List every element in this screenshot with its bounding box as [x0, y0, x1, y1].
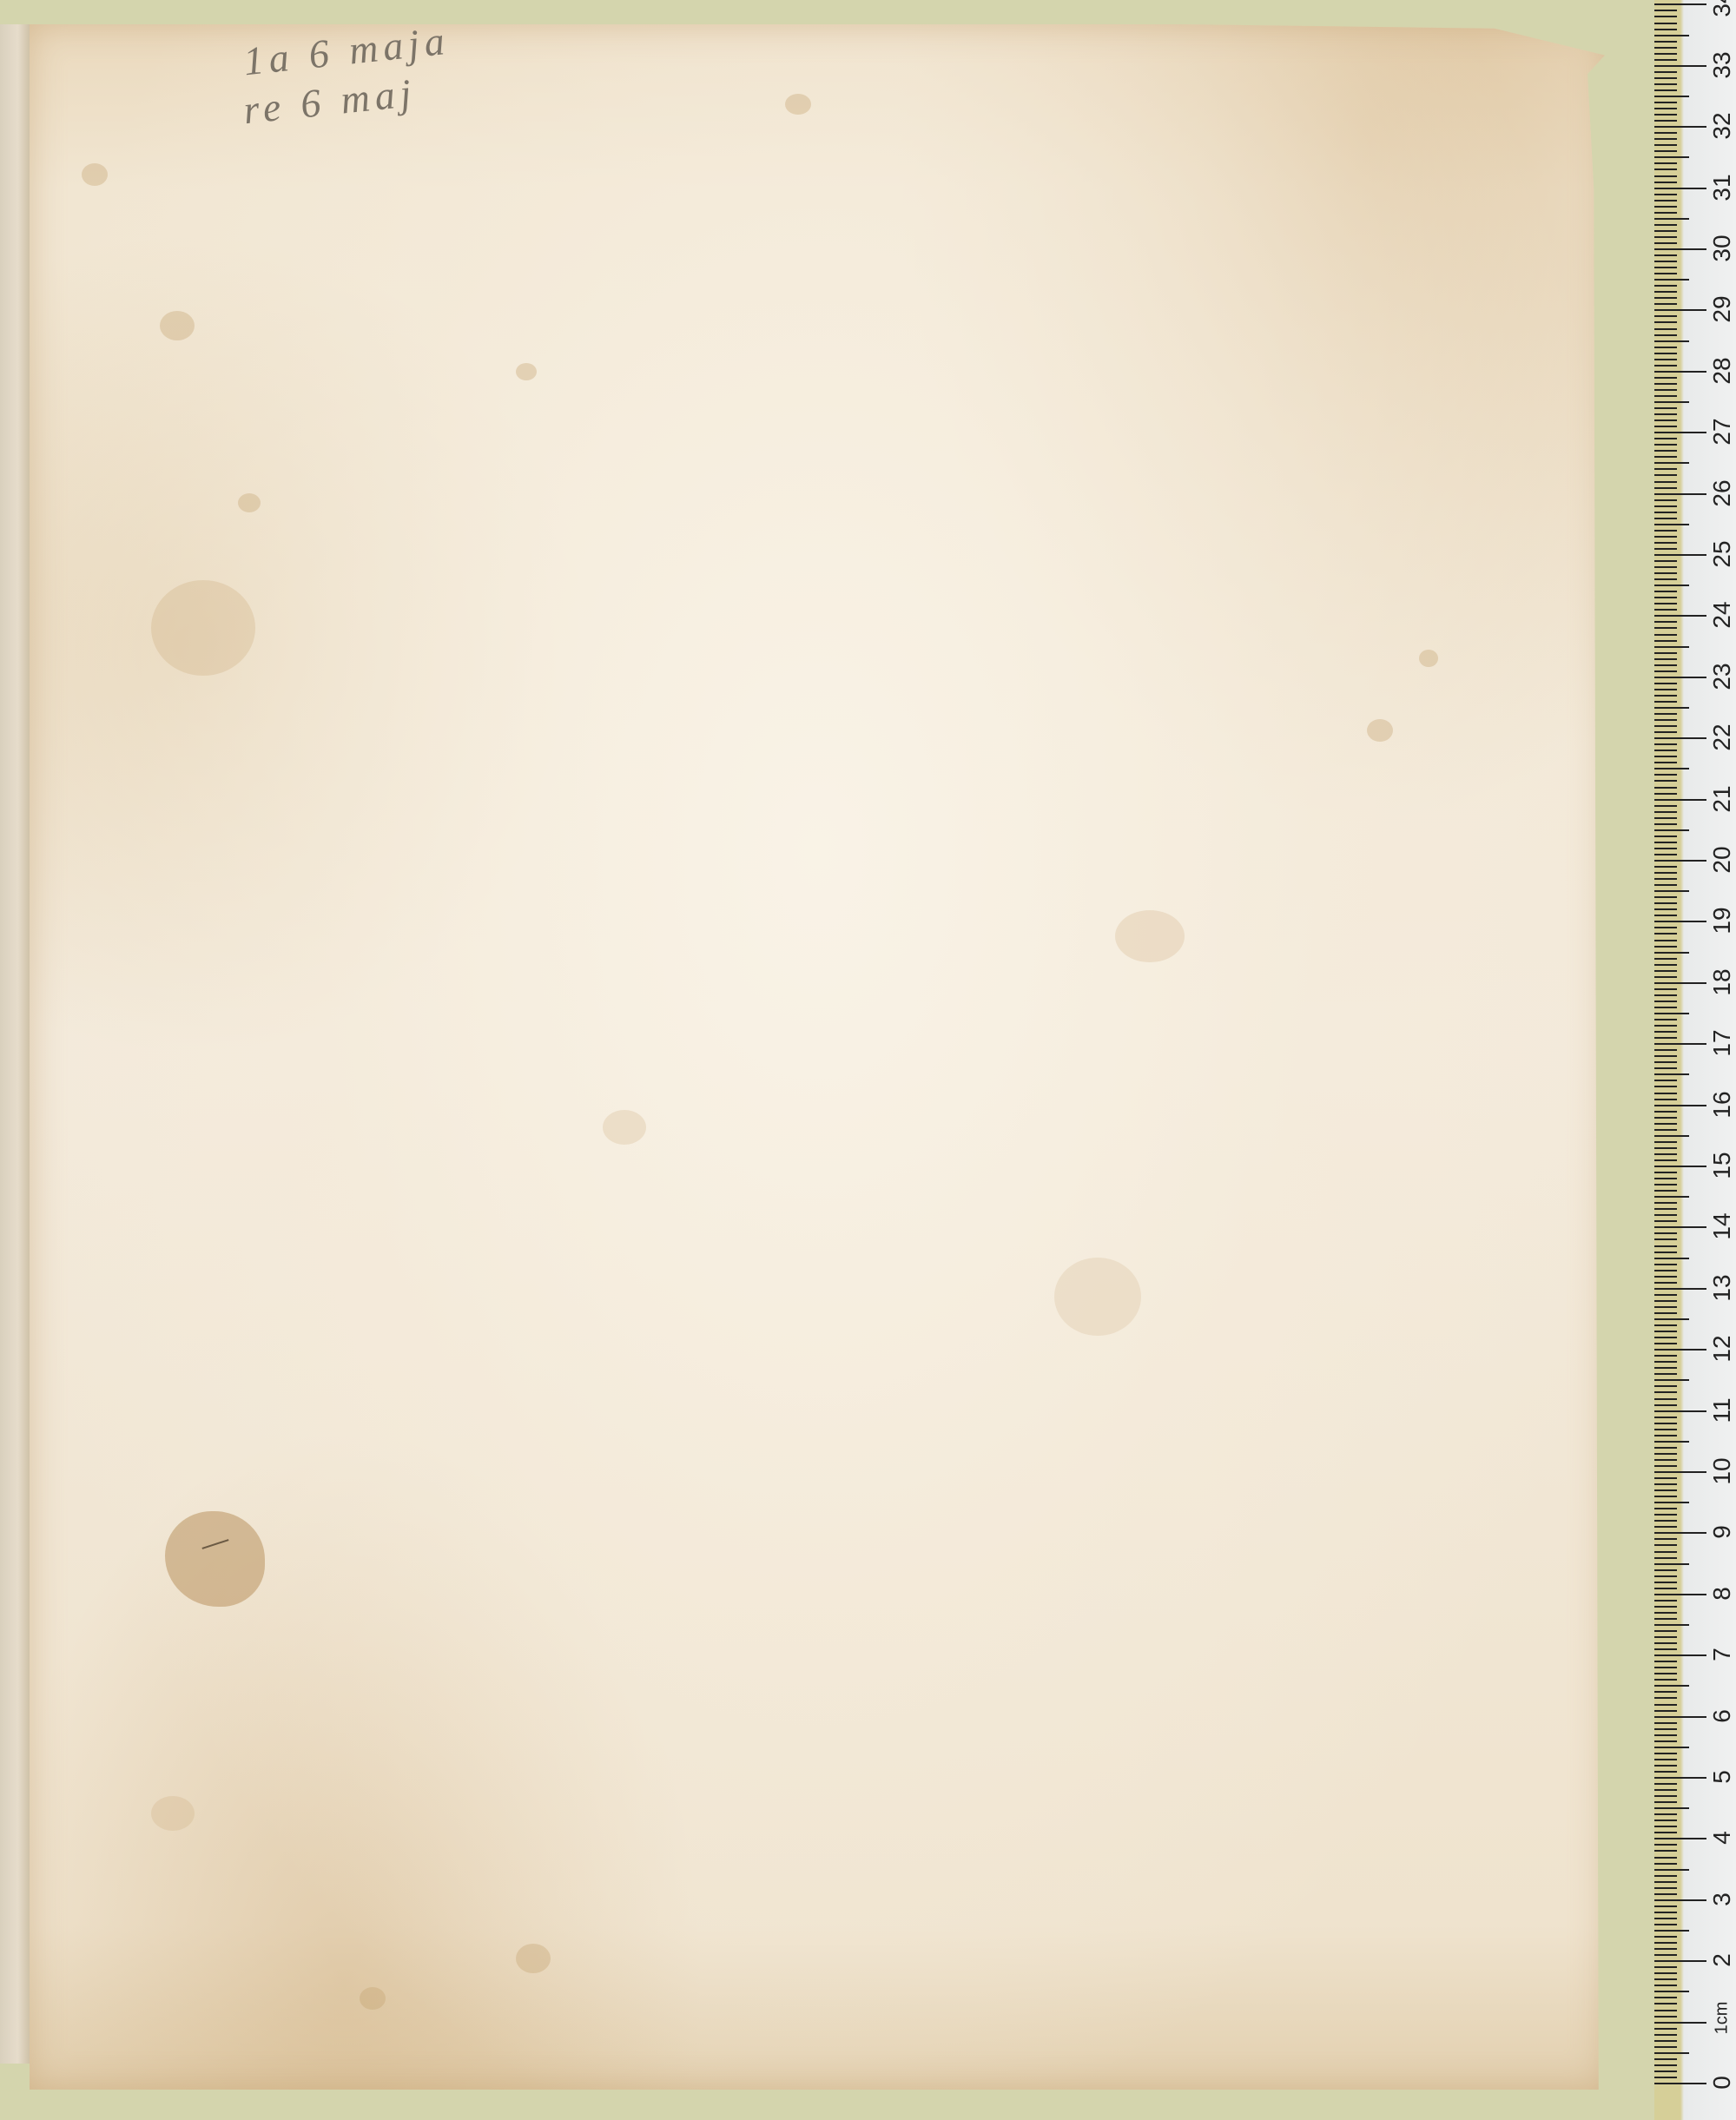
ruler-tick: [1654, 780, 1677, 782]
ruler-tick: [1654, 1863, 1677, 1865]
ruler-tick: [1654, 248, 1706, 250]
ruler-tick: [1654, 1850, 1677, 1852]
ruler-label: 27: [1708, 414, 1736, 449]
ruler-tick: [1654, 1398, 1677, 1400]
ruler-tick: [1654, 1697, 1677, 1699]
ruler-tick: [1654, 1410, 1706, 1412]
ruler-tick: [1654, 419, 1677, 421]
ruler-label: 2: [1708, 1943, 1736, 1978]
ruler-tick: [1654, 548, 1677, 550]
ruler-tick: [1654, 1391, 1677, 1393]
ruler-tick: [1654, 126, 1706, 128]
ruler-tick: [1654, 144, 1677, 146]
ruler-tick: [1654, 1385, 1677, 1387]
ruler-tick: [1654, 2064, 1677, 2066]
ruler-tick: [1654, 578, 1677, 580]
ruler-label: 28: [1708, 353, 1736, 388]
ruler-tick: [1654, 707, 1689, 709]
ruler-tick: [1654, 77, 1677, 79]
ruler-tick: [1654, 96, 1689, 97]
ruler-tick: [1654, 1930, 1689, 1932]
ruler-tick: [1654, 321, 1677, 323]
ruler-tick: [1654, 1031, 1677, 1033]
ruler-tick: [1654, 1661, 1677, 1662]
ruler-tick: [1654, 1159, 1677, 1161]
ruler-label: 16: [1708, 1087, 1736, 1122]
ruler-tick: [1654, 1667, 1677, 1668]
ruler-tick: [1654, 1704, 1677, 1706]
ruler-tick: [1654, 890, 1689, 892]
ruler-tick: [1654, 1575, 1677, 1577]
ruler-tick: [1654, 1905, 1677, 1907]
ruler-tick: [1654, 1331, 1677, 1332]
ruler-tick: [1654, 1190, 1677, 1192]
ruler-tick: [1654, 200, 1677, 201]
ruler-tick: [1654, 1429, 1677, 1430]
ruler-tick: [1654, 2016, 1677, 2018]
ruler-tick: [1654, 1166, 1706, 1167]
ruler-tick: [1654, 1551, 1677, 1553]
ruler-tick: [1654, 1728, 1677, 1730]
ruler-label: 21: [1708, 782, 1736, 816]
ruler-tick: [1654, 1306, 1677, 1308]
ruler-tick: [1654, 689, 1677, 690]
ruler-tick: [1654, 1832, 1677, 1833]
ruler-tick: [1654, 731, 1677, 733]
ruler-tick: [1654, 774, 1677, 776]
ruler-tick: [1654, 1594, 1706, 1595]
ruler-tick: [1654, 182, 1677, 183]
foxing-spot: [603, 1110, 646, 1145]
ruler-tick: [1654, 1013, 1689, 1014]
ruler-tick: [1654, 670, 1677, 672]
ruler-tick: [1654, 273, 1677, 274]
foxing-spot: [1367, 719, 1393, 742]
ruler-tick: [1654, 1624, 1689, 1626]
ruler-tick: [1654, 285, 1677, 287]
ruler-tick: [1654, 1355, 1677, 1357]
ruler-tick: [1654, 829, 1689, 831]
ruler-tick: [1654, 1753, 1677, 1754]
ruler-tick: [1654, 1141, 1677, 1143]
ruler-tick: [1654, 371, 1706, 373]
ruler-label: 1cm: [1713, 2000, 1733, 2035]
ruler-tick: [1654, 1073, 1689, 1075]
ruler-tick: [1654, 407, 1677, 409]
ruler-tick: [1654, 835, 1677, 837]
ruler-tick: [1654, 1019, 1677, 1020]
ruler-tick: [1654, 1447, 1677, 1449]
ruler-tick: [1654, 762, 1677, 763]
ruler-tick: [1654, 1483, 1677, 1485]
ruler-tick: [1654, 1648, 1677, 1650]
ruler-tick: [1654, 65, 1706, 67]
ruler-tick: [1654, 854, 1677, 855]
ruler-tick: [1654, 811, 1677, 813]
ruler-tick: [1654, 334, 1677, 336]
ruler-tick: [1654, 1985, 1677, 1986]
ruler-tick: [1654, 1037, 1677, 1039]
ruler-tick: [1654, 1226, 1706, 1228]
ruler-tick: [1654, 236, 1677, 238]
ruler-tick: [1654, 291, 1677, 293]
ruler-tick: [1654, 1312, 1677, 1314]
ruler-tick: [1654, 1111, 1677, 1113]
ruler-tick: [1654, 1685, 1689, 1687]
ruler-tick: [1654, 328, 1677, 330]
ruler-tick: [1654, 156, 1689, 158]
foxing-spot: [1115, 910, 1185, 962]
ruler-tick: [1654, 1049, 1677, 1051]
ruler-tick: [1654, 71, 1677, 73]
ruler-label: 25: [1708, 537, 1736, 571]
ruler-tick: [1654, 353, 1677, 354]
ruler-tick: [1654, 695, 1677, 697]
ruler-tick: [1654, 1857, 1677, 1859]
ruler-tick: [1654, 1789, 1677, 1791]
foxing-spot: [360, 1987, 386, 2010]
ruler-tick: [1654, 1612, 1677, 1614]
ruler-tick: [1654, 395, 1677, 397]
ruler-tick: [1654, 1582, 1677, 1583]
ruler-tick: [1654, 1912, 1677, 1913]
ruler-tick: [1654, 2046, 1677, 2048]
ruler-tick: [1654, 474, 1677, 476]
ruler-tick: [1654, 481, 1677, 483]
ruler-tick: [1654, 1129, 1677, 1131]
ruler-tick: [1654, 664, 1677, 666]
ruler-label: 8: [1708, 1576, 1736, 1611]
ruler-tick: [1654, 560, 1677, 562]
ruler-tick: [1654, 303, 1677, 305]
ruler-tick: [1654, 218, 1689, 220]
ruler-tick: [1654, 230, 1677, 232]
ruler-label: 32: [1708, 109, 1736, 143]
ruler-tick: [1654, 713, 1677, 715]
ruler-label: 31: [1708, 170, 1736, 205]
ruler-tick: [1654, 1196, 1689, 1198]
ruler-tick: [1654, 627, 1677, 629]
ruler-tick: [1654, 1252, 1677, 1253]
ruler-tick: [1654, 1630, 1677, 1632]
ruler-tick: [1654, 1172, 1677, 1173]
ruler-tick: [1654, 1258, 1689, 1259]
foxing-spot: [82, 163, 108, 186]
ruler-tick: [1654, 499, 1677, 501]
ruler-tick: [1654, 823, 1677, 825]
ruler-label: 17: [1708, 1026, 1736, 1060]
ruler-tick: [1654, 487, 1677, 489]
ruler-tick: [1654, 982, 1706, 984]
foxing-spot: [238, 493, 261, 512]
ruler-label: 13: [1708, 1271, 1736, 1305]
ruler-tick: [1654, 1282, 1677, 1284]
ruler-tick: [1654, 524, 1689, 525]
ruler-tick: [1654, 138, 1677, 140]
ruler-label: 14: [1708, 1209, 1736, 1244]
ruler-tick: [1654, 340, 1689, 342]
ruler-tick: [1654, 1716, 1706, 1718]
ruler-tick: [1654, 1777, 1706, 1779]
ruler-tick: [1654, 1067, 1677, 1069]
ruler-tick: [1654, 1232, 1677, 1234]
ruler-tick: [1654, 1508, 1677, 1509]
ruler-tick: [1654, 89, 1677, 91]
ruler-label: 7: [1708, 1637, 1736, 1672]
ruler-label: 11: [1708, 1393, 1736, 1428]
ruler-tick: [1654, 168, 1677, 170]
ruler-tick: [1654, 1061, 1677, 1063]
ruler-tick: [1654, 1270, 1677, 1271]
ruler-tick: [1654, 701, 1677, 703]
ruler-tick: [1654, 1135, 1689, 1137]
ruler-tick: [1654, 1349, 1706, 1351]
ruler-tick: [1654, 2040, 1677, 2042]
ruler-tick: [1654, 462, 1689, 464]
ruler-tick: [1654, 652, 1677, 654]
ruler-tick: [1654, 2083, 1706, 2084]
ruler-tick: [1654, 737, 1706, 739]
ruler-tick: [1654, 1361, 1677, 1363]
ruler-tick: [1654, 1117, 1677, 1119]
ruler-tick: [1654, 908, 1677, 910]
ruler-label: 19: [1708, 903, 1736, 938]
ruler-tick: [1654, 359, 1677, 360]
ruler-label: 10: [1708, 1454, 1736, 1489]
ruler-tick: [1654, 41, 1677, 43]
ruler-tick: [1654, 1294, 1677, 1296]
ruler-tick: [1654, 1496, 1677, 1497]
ruler-tick: [1654, 188, 1706, 189]
ruler-tick: [1654, 572, 1677, 574]
ruler-label: 22: [1708, 720, 1736, 755]
ruler-tick: [1654, 768, 1689, 769]
foxing-spot: [1419, 650, 1438, 667]
ruler-tick: [1654, 615, 1706, 617]
ruler-tick: [1654, 102, 1677, 103]
ruler-tick: [1654, 1783, 1677, 1785]
ruler-tick: [1654, 1954, 1677, 1956]
ruler-tick: [1654, 1459, 1677, 1461]
ruler-tick: [1654, 114, 1677, 116]
ruler-label: 23: [1708, 659, 1736, 694]
ruler-tick: [1654, 1208, 1677, 1210]
ruler-tick: [1654, 940, 1677, 941]
ruler-tick: [1654, 554, 1706, 556]
ruler-tick: [1654, 2003, 1677, 2004]
ruler-tick: [1654, 1318, 1689, 1320]
ruler-tick: [1654, 1025, 1677, 1027]
ruler-tick: [1654, 206, 1677, 208]
ruler-tick: [1654, 1214, 1677, 1216]
ruler-tick: [1654, 2070, 1677, 2072]
ruler-tick: [1654, 1526, 1677, 1528]
ruler-tick: [1654, 896, 1677, 898]
ruler-tick: [1654, 315, 1677, 317]
ruler-tick: [1654, 162, 1677, 164]
ruler-tick: [1654, 377, 1677, 379]
ruler-tick: [1654, 1881, 1677, 1883]
ruler-tick: [1654, 1435, 1677, 1436]
ruler-tick: [1654, 1007, 1677, 1008]
ruler-tick: [1654, 915, 1677, 916]
ruler-tick: [1654, 120, 1677, 122]
ruler-tick: [1654, 921, 1706, 922]
ruler-tick: [1654, 505, 1677, 507]
ruler-label: 0: [1708, 2065, 1736, 2100]
ruler-tick: [1654, 59, 1677, 61]
ruler-tick: [1654, 1722, 1677, 1724]
ruler-tick: [1654, 47, 1677, 49]
ruler-tick: [1654, 1264, 1677, 1265]
ruler-tick: [1654, 426, 1677, 427]
ruler-tick: [1654, 1417, 1677, 1418]
ruler-tick: [1654, 1343, 1677, 1344]
ruler-tick: [1654, 1893, 1677, 1895]
ruler-tick: [1654, 10, 1677, 11]
ruler-tick: [1654, 1838, 1706, 1839]
ruler-tick: [1654, 1086, 1677, 1087]
ruler-tick: [1654, 750, 1677, 751]
ruler-tick: [1654, 1441, 1689, 1443]
ruler-tick: [1654, 860, 1706, 862]
ruler-tick: [1654, 1936, 1677, 1938]
ruler-tick: [1654, 1557, 1677, 1559]
ruler-tick: [1654, 1747, 1689, 1748]
ruler-tick: [1654, 1563, 1689, 1565]
ruler-tick: [1654, 1654, 1706, 1656]
measuring-ruler: 01cm234567891011121314151617181920212223…: [1654, 0, 1736, 2120]
ruler-tick: [1654, 279, 1689, 281]
ruler-tick: [1654, 1636, 1677, 1638]
ruler-tick: [1654, 1324, 1677, 1326]
ruler-tick: [1654, 787, 1677, 789]
ruler-tick: [1654, 1734, 1677, 1736]
ruler-tick: [1654, 1423, 1677, 1424]
ruler-tick: [1654, 1147, 1677, 1149]
ruler-tick: [1654, 347, 1677, 348]
ruler-tick: [1654, 261, 1677, 262]
ruler-tick: [1654, 976, 1677, 978]
ruler-tick: [1654, 468, 1677, 470]
ruler-tick: [1654, 1918, 1677, 1919]
ruler-tick: [1654, 793, 1677, 795]
ruler-label: 3: [1708, 1882, 1736, 1917]
ruler-tick: [1654, 1080, 1677, 1081]
ruler-tick: [1654, 621, 1677, 623]
ruler-tick: [1654, 242, 1677, 244]
foxing-spot: [1054, 1258, 1141, 1336]
ruler-tick: [1654, 1844, 1677, 1846]
ruler-tick: [1654, 1966, 1677, 1968]
ruler-tick: [1654, 1471, 1706, 1473]
ruler-tick: [1654, 1588, 1677, 1589]
ruler-tick: [1654, 1807, 1689, 1809]
ruler-tick: [1654, 1538, 1677, 1540]
ruler-tick: [1654, 1489, 1677, 1491]
ruler-tick: [1654, 2077, 1677, 2078]
ruler-tick: [1654, 383, 1677, 385]
ruler-tick: [1654, 108, 1677, 109]
ruler-tick: [1654, 1948, 1677, 1950]
ruler-tick: [1654, 927, 1677, 928]
ruler-tick: [1654, 1288, 1706, 1290]
ruler-tick: [1654, 884, 1677, 886]
ruler-tick: [1654, 53, 1677, 55]
ruler-tick: [1654, 542, 1677, 544]
ruler-tick: [1654, 677, 1706, 678]
ruler-tick: [1654, 1569, 1677, 1571]
ruler-tick: [1654, 1220, 1677, 1222]
ruler-tick: [1654, 1453, 1677, 1455]
ruler-tick: [1654, 1972, 1677, 1974]
ruler-tick: [1654, 1477, 1677, 1479]
ruler-label: 33: [1708, 48, 1736, 83]
ruler-tick: [1654, 2028, 1677, 2030]
ruler-tick: [1654, 132, 1677, 134]
ruler-tick: [1654, 902, 1677, 904]
ruler-tick: [1654, 150, 1677, 152]
ruler-tick: [1654, 1960, 1706, 1962]
ruler-tick: [1654, 1820, 1677, 1821]
ruler-tick: [1654, 2010, 1677, 2011]
ruler-tick: [1654, 1691, 1677, 1693]
ruler-tick: [1654, 450, 1677, 452]
ruler-tick: [1654, 946, 1677, 948]
ruler-tick: [1654, 958, 1677, 960]
ruler-tick: [1654, 1875, 1677, 1877]
ruler-tick: [1654, 365, 1677, 367]
ruler-tick: [1654, 83, 1677, 85]
ruler-tick: [1654, 254, 1677, 256]
ruler-tick: [1654, 994, 1677, 996]
ruler-tick: [1654, 756, 1677, 757]
ruler-tick: [1654, 566, 1677, 568]
ruler-tick: [1654, 1801, 1677, 1803]
ruler-tick: [1654, 591, 1677, 592]
foxing-spot: [516, 363, 537, 380]
ruler-tick: [1654, 1238, 1677, 1240]
ruler-tick: [1654, 1740, 1677, 1742]
ruler-tick: [1654, 848, 1677, 849]
ruler-tick: [1654, 970, 1677, 972]
ruler-tick: [1654, 16, 1677, 17]
ruler-tick: [1654, 1178, 1677, 1179]
ruler-tick: [1654, 267, 1677, 268]
ruler-tick: [1654, 309, 1706, 311]
ruler-tick: [1654, 1795, 1677, 1797]
ruler-tick: [1654, 646, 1689, 648]
ruler-tick: [1654, 603, 1677, 604]
ruler-tick: [1654, 805, 1677, 807]
ruler-tick: [1654, 1520, 1677, 1522]
document-page: [30, 24, 1605, 2090]
ruler-label: 4: [1708, 1820, 1736, 1855]
ruler-tick: [1654, 212, 1677, 214]
ruler-tick: [1654, 609, 1677, 611]
ruler-tick: [1654, 2034, 1677, 2036]
ruler-tick: [1654, 1997, 1677, 1998]
ruler-tick: [1654, 2058, 1677, 2060]
ruler-tick: [1654, 1093, 1677, 1094]
ruler-label: 18: [1708, 965, 1736, 1000]
ruler-tick: [1654, 725, 1677, 727]
ruler-tick: [1654, 1991, 1689, 1992]
ruler-tick: [1654, 1514, 1677, 1516]
ruler-tick: [1654, 1202, 1677, 1204]
ruler-tick: [1654, 2052, 1689, 2054]
ruler-tick: [1654, 1123, 1677, 1125]
